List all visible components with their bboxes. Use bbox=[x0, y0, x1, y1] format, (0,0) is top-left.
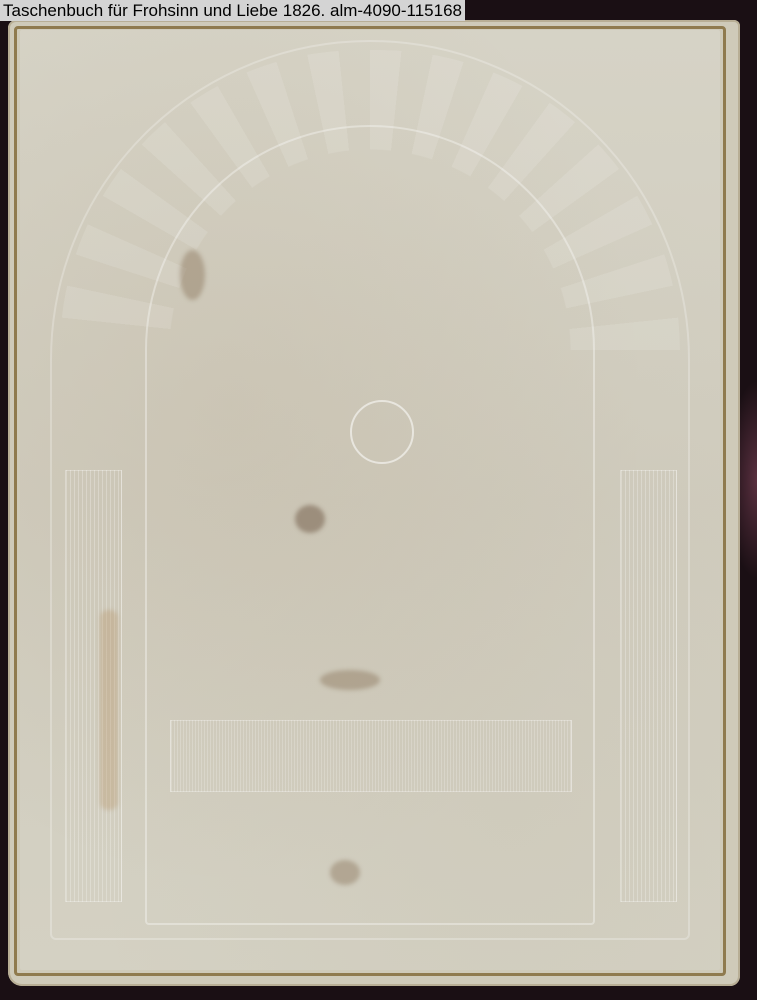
stain bbox=[100, 610, 118, 810]
embossed-figure bbox=[240, 390, 540, 720]
pedestal-embossing bbox=[170, 720, 572, 792]
stain bbox=[330, 860, 360, 885]
stain bbox=[295, 505, 325, 533]
stain bbox=[180, 250, 205, 300]
image-caption: Taschenbuch für Frohsinn und Liebe 1826.… bbox=[0, 0, 465, 21]
stain bbox=[320, 670, 380, 690]
book-cover bbox=[20, 30, 720, 970]
halo-embossing bbox=[350, 400, 414, 464]
right-column-embossing bbox=[620, 470, 677, 902]
